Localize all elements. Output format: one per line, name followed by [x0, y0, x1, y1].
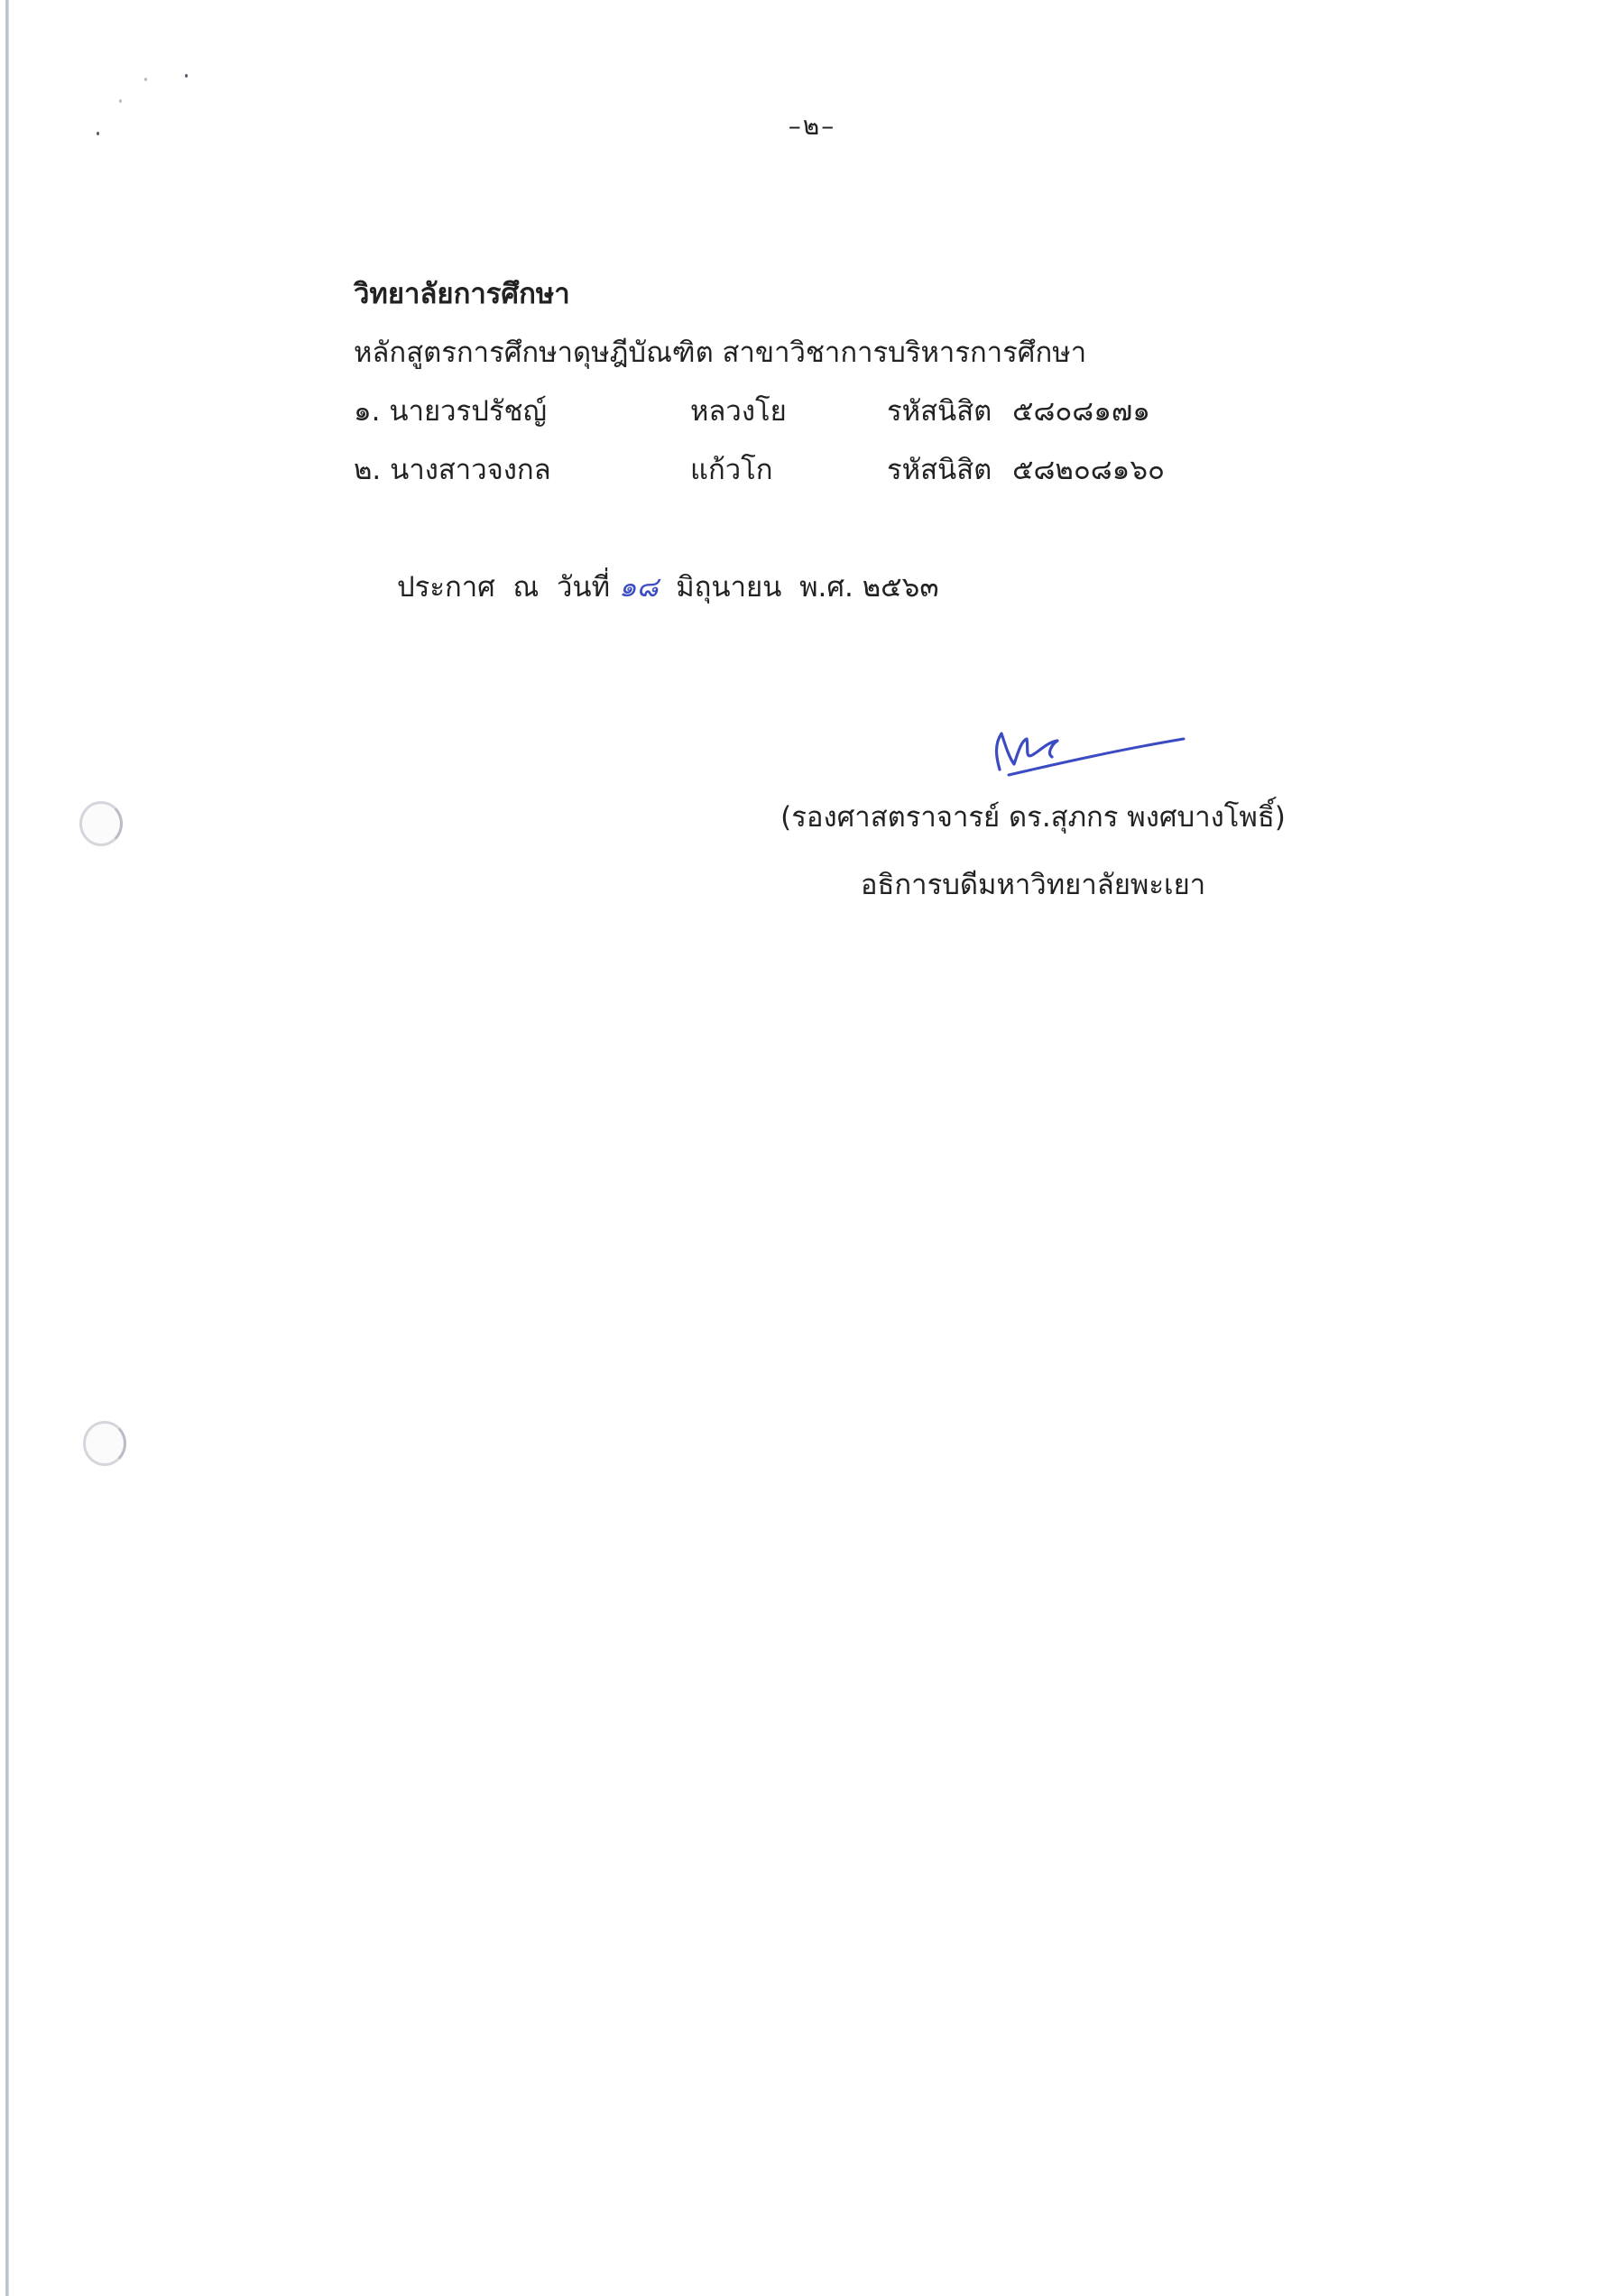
scan-speck	[144, 78, 147, 81]
student-name: ๒. นางสาวจงกล	[354, 447, 551, 492]
student-name: ๑. นายวรปรัชญ์	[354, 388, 547, 433]
student-row: ๑. นายวรปรัชญ์ หลวงโย รหัสนิสิต ๕๘๐๘๑๗๑	[354, 388, 1256, 433]
student-id-label: รหัสนิสิต	[887, 388, 992, 433]
scan-speck	[185, 74, 188, 78]
student-row: ๒. นางสาวจงกล แก้วโก รหัสนิสิต ๕๘๒๐๘๑๖๐	[354, 447, 1256, 492]
program-line: หลักสูตรการศึกษาดุษฎีบัณฑิต สาขาวิชาการบ…	[354, 329, 1086, 374]
student-surname: หลวงโย	[690, 388, 787, 433]
signatory-title: อธิการบดีมหาวิทยาลัยพะเยา	[0, 862, 1624, 907]
punch-hole	[83, 1421, 126, 1466]
handwritten-day: ๑๘	[619, 571, 659, 604]
student-id: ๕๘๐๘๑๗๑	[1012, 388, 1150, 433]
announcement-suffix: มิถุนายน พ.ศ. ๒๕๖๓	[659, 571, 939, 604]
student-surname: แก้วโก	[690, 447, 773, 492]
announcement-date-line: ประกาศ ณ วันที่ ๑๘ มิถุนายน พ.ศ. ๒๕๖๓	[397, 564, 939, 609]
signatory-name: (รองศาสตราจารย์ ดร.สุภกร พงศบางโพธิ์)	[0, 794, 1624, 839]
student-id: ๕๘๒๐๘๑๖๐	[1012, 447, 1165, 492]
scanned-page: –๒– วิทยาลัยการศึกษา หลักสูตรการศึกษาดุษ…	[0, 0, 1624, 2296]
page-number: –๒–	[0, 106, 1624, 146]
scanner-edge	[5, 0, 9, 2296]
signature-icon	[983, 717, 1191, 780]
announcement-prefix: ประกาศ ณ วันที่	[397, 571, 619, 604]
faculty-heading: วิทยาลัยการศึกษา	[354, 271, 570, 316]
scan-speck	[119, 99, 122, 103]
student-id-label: รหัสนิสิต	[887, 447, 992, 492]
